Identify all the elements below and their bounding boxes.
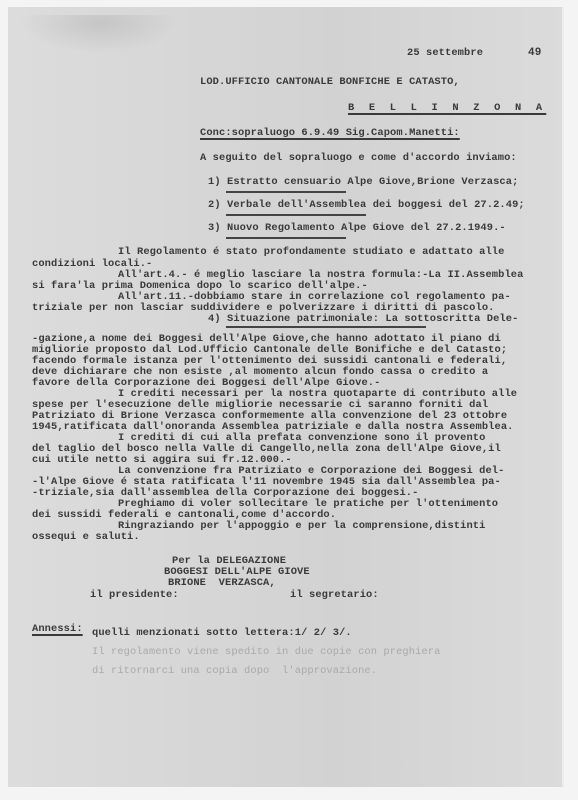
underline-stroke <box>226 237 346 239</box>
underline-stroke <box>226 214 366 216</box>
underline-stroke <box>226 191 346 193</box>
body-line: Ringraziando per l'appoggio e per la com… <box>118 521 485 532</box>
enclosure-item: 1) Estratto censuario Alpe Giove,Brione … <box>208 177 518 188</box>
subject-line: Conc:sopraluogo 6.9.49 Sig.Capom.Manetti… <box>200 128 460 139</box>
faint-note-line: Il regolamento viene spedito in due copi… <box>92 647 440 658</box>
enclosure-item: 2) Verbale dell'Assemblea dei boggesi de… <box>208 200 525 211</box>
body-line: 4) Situazione patrimoniale: La sottoscri… <box>208 314 518 325</box>
body-line: ossequi e saluti. <box>32 532 140 543</box>
secretary-label: il segretario: <box>290 590 379 601</box>
annexes-label: Annessi: <box>32 624 83 635</box>
intro-line: A seguito del sopraluogo e come d'accord… <box>200 153 517 164</box>
letter-date: 25 settembre <box>407 48 483 59</box>
enclosure-item: 3) Nuovo Regolamento Alpe Giove del 27.2… <box>208 223 506 234</box>
page-number: 49 <box>528 48 541 59</box>
recipient: LOD.UFFICIO CANTONALE BONFICHE E CATASTO… <box>200 77 460 88</box>
faint-note-line: di ritornarci una copia dopo l'approvazi… <box>92 666 377 677</box>
underline-stroke <box>226 326 426 328</box>
president-label: il presidente: <box>90 590 179 601</box>
signature-line: BRIONE VERZASCA, <box>168 578 276 589</box>
document-page: 25 settembre 49 LOD.UFFICIO CANTONALE BO… <box>8 7 564 787</box>
body-line: Il Regolamento é stato profondamente stu… <box>118 247 504 258</box>
recipient-city: B E L L I N Z O N A <box>348 103 546 114</box>
annexes-text: quelli menzionati sotto lettera:1/ 2/ 3/… <box>92 628 352 639</box>
paper-stain <box>20 15 180 53</box>
